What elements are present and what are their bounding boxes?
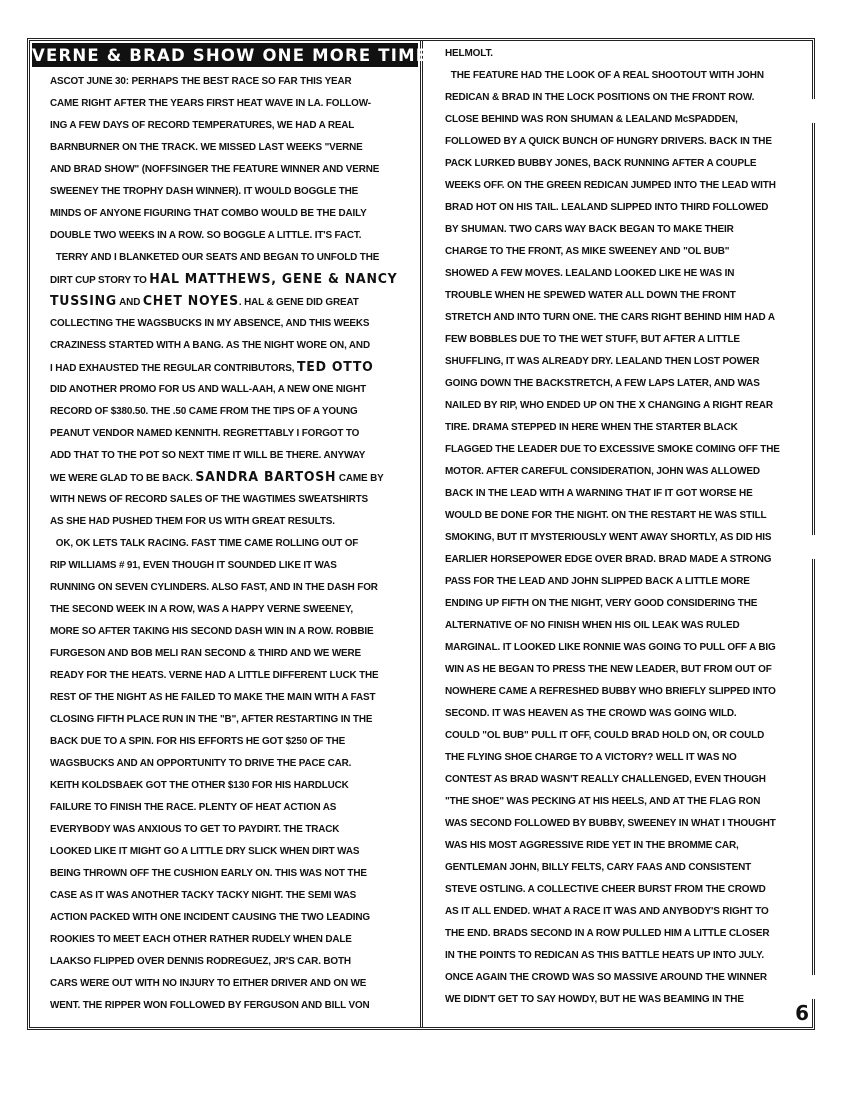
line-text: BY SHUMAN. TWO CARS WAY BACK BEGAN TO MA… (445, 224, 734, 235)
text-line: BACK IN THE LEAD WITH A WARNING THAT IF … (445, 483, 800, 505)
text-line: TERRY AND I BLANKETED OUR SEATS AND BEGA… (50, 247, 406, 269)
text-line: WE DIDN'T GET TO SAY HOWDY, BUT HE WAS B… (445, 989, 800, 1011)
text-line: CHARGE TO THE FRONT, AS MIKE SWEENEY AND… (445, 241, 800, 263)
line-text: CLOSING FIFTH PLACE RUN IN THE "B", AFTE… (50, 714, 372, 725)
text-line: COLLECTING THE WAGSBUCKS IN MY ABSENCE, … (50, 313, 406, 335)
text-line: BARNBURNER ON THE TRACK. WE MISSED LAST … (50, 137, 406, 159)
line-text: WOULD BE DONE FOR THE NIGHT. ON THE REST… (445, 510, 766, 521)
text-line: STRETCH AND INTO TURN ONE. THE CARS RIGH… (445, 307, 800, 329)
text-line: SMOKING, BUT IT MYSTERIOUSLY WENT AWAY S… (445, 527, 800, 549)
text-line: CRAZINESS STARTED WITH A BANG. AS THE NI… (50, 335, 406, 357)
line-text: STEVE OSTLING. A COLLECTIVE CHEER BURST … (445, 884, 766, 895)
highlighted-name: TUSSING (50, 294, 117, 309)
line-text: COLLECTING THE WAGSBUCKS IN MY ABSENCE, … (50, 318, 369, 329)
text-line: BEING THROWN OFF THE CUSHION EARLY ON. T… (50, 863, 406, 885)
text-line: ALTERNATIVE OF NO FINISH WHEN HIS OIL LE… (445, 615, 800, 637)
text-line: MOTOR. AFTER CAREFUL CONSIDERATION, JOHN… (445, 461, 800, 483)
line-text: BRAD HOT ON HIS TAIL. LEALAND SLIPPED IN… (445, 202, 768, 213)
line-text: BARNBURNER ON THE TRACK. WE MISSED LAST … (50, 142, 363, 153)
line-text: AND BRAD SHOW" (NOFFSINGER THE FEATURE W… (50, 164, 379, 175)
line-text: WE DIDN'T GET TO SAY HOWDY, BUT HE WAS B… (445, 994, 744, 1005)
text-line: NAILED BY RIP, WHO ENDED UP ON THE X CHA… (445, 395, 800, 417)
text-line: "THE SHOE" WAS PECKING AT HIS HEELS, AND… (445, 791, 800, 813)
highlighted-name: TED OTTO (297, 360, 374, 375)
line-text: SWEENEY THE TROPHY DASH WINNER). IT WOUL… (50, 186, 358, 197)
text-line: RUNNING ON SEVEN CYLINDERS. ALSO FAST, A… (50, 577, 406, 599)
line-text: LOOKED LIKE IT MIGHT GO A LITTLE DRY SLI… (50, 846, 359, 857)
text-line: CASE AS IT WAS ANOTHER TACKY TACKY NIGHT… (50, 885, 406, 907)
line-text: REST OF THE NIGHT AS HE FAILED TO MAKE T… (50, 692, 375, 703)
line-text: PEANUT VENDOR NAMED KENNITH. REGRETTABLY… (50, 428, 359, 439)
text-line: WAS HIS MOST AGGRESSIVE RIDE YET IN THE … (445, 835, 800, 857)
line-text: THE FLYING SHOE CHARGE TO A VICTORY? WEL… (445, 752, 737, 763)
article-title: VERNE & BRAD SHOW ONE MORE TIME (32, 43, 418, 67)
line-text: OK, OK LETS TALK RACING. FAST TIME CAME … (56, 538, 358, 549)
line-text: TROUBLE WHEN HE SPEWED WATER ALL DOWN TH… (445, 290, 736, 301)
line-text: THE FEATURE HAD THE LOOK OF A REAL SHOOT… (451, 70, 764, 81)
line-text: ING A FEW DAYS OF RECORD TEMPERATURES, W… (50, 120, 354, 131)
line-text: MINDS OF ANYONE FIGURING THAT COMBO WOUL… (50, 208, 367, 219)
line-text: RUNNING ON SEVEN CYLINDERS. ALSO FAST, A… (50, 582, 378, 593)
left-column: VERNE & BRAD SHOW ONE MORE TIME ASCOT JU… (30, 41, 423, 1027)
text-line: DIRT CUP STORY TO HAL MATTHEWS, GENE & N… (50, 269, 406, 291)
text-line: BY SHUMAN. TWO CARS WAY BACK BEGAN TO MA… (445, 219, 800, 241)
text-line: AS IT ALL ENDED. WHAT A RACE IT WAS AND … (445, 901, 800, 923)
line-text: CRAZINESS STARTED WITH A BANG. AS THE NI… (50, 340, 370, 351)
line-text: AS IT ALL ENDED. WHAT A RACE IT WAS AND … (445, 906, 769, 917)
line-text: CAME BY (336, 473, 383, 484)
text-line: KEITH KOLDSBAEK GOT THE OTHER $130 FOR H… (50, 775, 406, 797)
line-text: CAME RIGHT AFTER THE YEARS FIRST HEAT WA… (50, 98, 371, 109)
text-line: PASS FOR THE LEAD AND JOHN SLIPPED BACK … (445, 571, 800, 593)
text-line: TROUBLE WHEN HE SPEWED WATER ALL DOWN TH… (445, 285, 800, 307)
text-line: GENTLEMAN JOHN, BILLY FELTS, CARY FAAS A… (445, 857, 800, 879)
line-text: ROOKIES TO MEET EACH OTHER RATHER RUDELY… (50, 934, 352, 945)
text-line: REST OF THE NIGHT AS HE FAILED TO MAKE T… (50, 687, 406, 709)
text-line: AND BRAD SHOW" (NOFFSINGER THE FEATURE W… (50, 159, 406, 181)
text-line: FEW BOBBLES DUE TO THE WET STUFF, BUT AF… (445, 329, 800, 351)
text-line: WITH NEWS OF RECORD SALES OF THE WAGTIME… (50, 489, 406, 511)
line-text: IN THE POINTS TO REDICAN AS THIS BATTLE … (445, 950, 764, 961)
text-line: ONCE AGAIN THE CROWD WAS SO MASSIVE AROU… (445, 967, 800, 989)
text-line: TIRE. DRAMA STEPPED IN HERE WHEN THE STA… (445, 417, 800, 439)
hole-punch-notch (806, 99, 820, 123)
line-text: FOLLOWED BY A QUICK BUNCH OF HUNGRY DRIV… (445, 136, 772, 147)
text-line: THE FEATURE HAD THE LOOK OF A REAL SHOOT… (445, 65, 800, 87)
hole-punch-notch (806, 535, 820, 559)
text-line: AS SHE HAD PUSHED THEM FOR US WITH GREAT… (50, 511, 406, 533)
line-text: WENT. THE RIPPER WON FOLLOWED BY FERGUSO… (50, 1000, 370, 1011)
line-text: BACK DUE TO A SPIN. FOR HIS EFFORTS HE G… (50, 736, 345, 747)
right-column-text: HELMOLT.THE FEATURE HAD THE LOOK OF A RE… (423, 41, 812, 1011)
line-text: SHOWED A FEW MOVES. LEALAND LOOKED LIKE … (445, 268, 734, 279)
text-line: RECORD OF $380.50. THE .50 CAME FROM THE… (50, 401, 406, 423)
text-line: WAGSBUCKS AND AN OPPORTUNITY TO DRIVE TH… (50, 753, 406, 775)
text-line: WOULD BE DONE FOR THE NIGHT. ON THE REST… (445, 505, 800, 527)
line-text: READY FOR THE HEATS. VERNE HAD A LITTLE … (50, 670, 378, 681)
text-line: STEVE OSTLING. A COLLECTIVE CHEER BURST … (445, 879, 800, 901)
line-text: ONCE AGAIN THE CROWD WAS SO MASSIVE AROU… (445, 972, 767, 983)
text-line: ADD THAT TO THE POT SO NEXT TIME IT WILL… (50, 445, 406, 467)
text-line: THE END. BRADS SECOND IN A ROW PULLED HI… (445, 923, 800, 945)
line-text: THE SECOND WEEK IN A ROW, WAS A HAPPY VE… (50, 604, 353, 615)
line-text: . HAL & GENE DID GREAT (239, 297, 359, 308)
line-text: BACK IN THE LEAD WITH A WARNING THAT IF … (445, 488, 753, 499)
text-line: ACTION PACKED WITH ONE INCIDENT CAUSING … (50, 907, 406, 929)
line-text: RIP WILLIAMS # 91, EVEN THOUGH IT SOUNDE… (50, 560, 337, 571)
text-line: IN THE POINTS TO REDICAN AS THIS BATTLE … (445, 945, 800, 967)
line-text: DID ANOTHER PROMO FOR US AND WALL-AAH, A… (50, 384, 366, 395)
text-line: CONTEST AS BRAD WASN'T REALLY CHALLENGED… (445, 769, 800, 791)
text-line: CAME RIGHT AFTER THE YEARS FIRST HEAT WA… (50, 93, 406, 115)
text-line: ING A FEW DAYS OF RECORD TEMPERATURES, W… (50, 115, 406, 137)
right-column: HELMOLT.THE FEATURE HAD THE LOOK OF A RE… (423, 41, 812, 1027)
text-line: GOING DOWN THE BACKSTRETCH, A FEW LAPS L… (445, 373, 800, 395)
line-text: DOUBLE TWO WEEKS IN A ROW. SO BOGGLE A L… (50, 230, 361, 241)
line-text: THE END. BRADS SECOND IN A ROW PULLED HI… (445, 928, 769, 939)
line-text: GOING DOWN THE BACKSTRETCH, A FEW LAPS L… (445, 378, 760, 389)
line-text: ALTERNATIVE OF NO FINISH WHEN HIS OIL LE… (445, 620, 740, 631)
text-line: FAILURE TO FINISH THE RACE. PLENTY OF HE… (50, 797, 406, 819)
text-line: WIN AS HE BEGAN TO PRESS THE NEW LEADER,… (445, 659, 800, 681)
highlighted-name: CHET NOYES (143, 294, 239, 309)
line-text: DIRT CUP STORY TO (50, 275, 149, 286)
text-line: CARS WERE OUT WITH NO INJURY TO EITHER D… (50, 973, 406, 995)
text-line: THE SECOND WEEK IN A ROW, WAS A HAPPY VE… (50, 599, 406, 621)
text-line: MORE SO AFTER TAKING HIS SECOND DASH WIN… (50, 621, 406, 643)
text-line: ENDING UP FIFTH ON THE NIGHT, VERY GOOD … (445, 593, 800, 615)
text-line: WENT. THE RIPPER WON FOLLOWED BY FERGUSO… (50, 995, 406, 1017)
text-line: REDICAN & BRAD IN THE LOCK POSITIONS ON … (445, 87, 800, 109)
text-line: READY FOR THE HEATS. VERNE HAD A LITTLE … (50, 665, 406, 687)
text-line: ASCOT JUNE 30: PERHAPS THE BEST RACE SO … (50, 71, 406, 93)
line-text: I HAD EXHAUSTED THE REGULAR CONTRIBUTORS… (50, 363, 297, 374)
text-line: SHUFFLING, IT WAS ALREADY DRY. LEALAND T… (445, 351, 800, 373)
line-text: ASCOT JUNE 30: PERHAPS THE BEST RACE SO … (50, 76, 352, 87)
text-line: LAAKSO FLIPPED OVER DENNIS RODREGUEZ, JR… (50, 951, 406, 973)
line-text: ADD THAT TO THE POT SO NEXT TIME IT WILL… (50, 450, 365, 461)
text-line: SHOWED A FEW MOVES. LEALAND LOOKED LIKE … (445, 263, 800, 285)
line-text: AND (117, 297, 143, 308)
line-text: CARS WERE OUT WITH NO INJURY TO EITHER D… (50, 978, 366, 989)
line-text: AS SHE HAD PUSHED THEM FOR US WITH GREAT… (50, 516, 335, 527)
text-line: WAS SECOND FOLLOWED BY BUBBY, SWEENEY IN… (445, 813, 800, 835)
highlighted-name: HAL MATTHEWS, GENE & NANCY (149, 272, 397, 287)
line-text: CLOSE BEHIND WAS RON SHUMAN & LEALAND Mc… (445, 114, 738, 125)
line-text: RECORD OF $380.50. THE .50 CAME FROM THE… (50, 406, 358, 417)
text-line: EARLIER HORSEPOWER EDGE OVER BRAD. BRAD … (445, 549, 800, 571)
text-line: SECOND. IT WAS HEAVEN AS THE CROWD WAS G… (445, 703, 800, 725)
line-text: NAILED BY RIP, WHO ENDED UP ON THE X CHA… (445, 400, 773, 411)
line-text: CHARGE TO THE FRONT, AS MIKE SWEENEY AND… (445, 246, 729, 257)
text-line: DOUBLE TWO WEEKS IN A ROW. SO BOGGLE A L… (50, 225, 406, 247)
line-text: KEITH KOLDSBAEK GOT THE OTHER $130 FOR H… (50, 780, 349, 791)
line-text: SECOND. IT WAS HEAVEN AS THE CROWD WAS G… (445, 708, 737, 719)
line-text: FURGESON AND BOB MELI RAN SECOND & THIRD… (50, 648, 361, 659)
text-line: SWEENEY THE TROPHY DASH WINNER). IT WOUL… (50, 181, 406, 203)
line-text: LAAKSO FLIPPED OVER DENNIS RODREGUEZ, JR… (50, 956, 351, 967)
text-line: I HAD EXHAUSTED THE REGULAR CONTRIBUTORS… (50, 357, 406, 379)
text-line: COULD "OL BUB" PULL IT OFF, COULD BRAD H… (445, 725, 800, 747)
line-text: WIN AS HE BEGAN TO PRESS THE NEW LEADER,… (445, 664, 772, 675)
text-line: FOLLOWED BY A QUICK BUNCH OF HUNGRY DRIV… (445, 131, 800, 153)
line-text: CONTEST AS BRAD WASN'T REALLY CHALLENGED… (445, 774, 766, 785)
text-line: ROOKIES TO MEET EACH OTHER RATHER RUDELY… (50, 929, 406, 951)
text-line: NOWHERE CAME A REFRESHED BUBBY WHO BRIEF… (445, 681, 800, 703)
text-line: LOOKED LIKE IT MIGHT GO A LITTLE DRY SLI… (50, 841, 406, 863)
page-number: 6 (795, 1003, 809, 1023)
text-line: MARGINAL. IT LOOKED LIKE RONNIE WAS GOIN… (445, 637, 800, 659)
text-line: DID ANOTHER PROMO FOR US AND WALL-AAH, A… (50, 379, 406, 401)
line-text: ENDING UP FIFTH ON THE NIGHT, VERY GOOD … (445, 598, 757, 609)
line-text: SMOKING, BUT IT MYSTERIOUSLY WENT AWAY S… (445, 532, 771, 543)
line-text: WE WERE GLAD TO BE BACK. (50, 473, 195, 484)
line-text: ACTION PACKED WITH ONE INCIDENT CAUSING … (50, 912, 370, 923)
line-text: TIRE. DRAMA STEPPED IN HERE WHEN THE STA… (445, 422, 738, 433)
line-text: WAS SECOND FOLLOWED BY BUBBY, SWEENEY IN… (445, 818, 776, 829)
text-line: CLOSE BEHIND WAS RON SHUMAN & LEALAND Mc… (445, 109, 800, 131)
line-text: PASS FOR THE LEAD AND JOHN SLIPPED BACK … (445, 576, 750, 587)
highlighted-name: SANDRA BARTOSH (195, 470, 336, 485)
line-text: PACK LURKED BUBBY JONES, BACK RUNNING AF… (445, 158, 756, 169)
text-line: MINDS OF ANYONE FIGURING THAT COMBO WOUL… (50, 203, 406, 225)
line-text: FEW BOBBLES DUE TO THE WET STUFF, BUT AF… (445, 334, 740, 345)
line-text: FLAGGED THE LEADER DUE TO EXCESSIVE SMOK… (445, 444, 780, 455)
line-text: WITH NEWS OF RECORD SALES OF THE WAGTIME… (50, 494, 368, 505)
text-line: FLAGGED THE LEADER DUE TO EXCESSIVE SMOK… (445, 439, 800, 461)
text-line: FURGESON AND BOB MELI RAN SECOND & THIRD… (50, 643, 406, 665)
line-text: MORE SO AFTER TAKING HIS SECOND DASH WIN… (50, 626, 373, 637)
line-text: NOWHERE CAME A REFRESHED BUBBY WHO BRIEF… (445, 686, 776, 697)
text-line: WEEKS OFF. ON THE GREEN REDICAN JUMPED I… (445, 175, 800, 197)
text-line: PACK LURKED BUBBY JONES, BACK RUNNING AF… (445, 153, 800, 175)
line-text: GENTLEMAN JOHN, BILLY FELTS, CARY FAAS A… (445, 862, 751, 873)
text-line: BRAD HOT ON HIS TAIL. LEALAND SLIPPED IN… (445, 197, 800, 219)
article-frame: VERNE & BRAD SHOW ONE MORE TIME ASCOT JU… (27, 38, 815, 1030)
text-line: CLOSING FIFTH PLACE RUN IN THE "B", AFTE… (50, 709, 406, 731)
line-text: WAGSBUCKS AND AN OPPORTUNITY TO DRIVE TH… (50, 758, 351, 769)
line-text: WEEKS OFF. ON THE GREEN REDICAN JUMPED I… (445, 180, 776, 191)
line-text: TERRY AND I BLANKETED OUR SEATS AND BEGA… (56, 252, 379, 263)
line-text: MOTOR. AFTER CAREFUL CONSIDERATION, JOHN… (445, 466, 760, 477)
line-text: WAS HIS MOST AGGRESSIVE RIDE YET IN THE … (445, 840, 739, 851)
line-text: SHUFFLING, IT WAS ALREADY DRY. LEALAND T… (445, 356, 759, 367)
line-text: CASE AS IT WAS ANOTHER TACKY TACKY NIGHT… (50, 890, 356, 901)
line-text: FAILURE TO FINISH THE RACE. PLENTY OF HE… (50, 802, 336, 813)
line-text: REDICAN & BRAD IN THE LOCK POSITIONS ON … (445, 92, 754, 103)
line-text: MARGINAL. IT LOOKED LIKE RONNIE WAS GOIN… (445, 642, 776, 653)
line-text: COULD "OL BUB" PULL IT OFF, COULD BRAD H… (445, 730, 764, 741)
left-column-text: ASCOT JUNE 30: PERHAPS THE BEST RACE SO … (30, 67, 420, 1017)
line-text: HELMOLT. (445, 48, 493, 59)
line-text: EARLIER HORSEPOWER EDGE OVER BRAD. BRAD … (445, 554, 771, 565)
text-line: TUSSING AND CHET NOYES. HAL & GENE DID G… (50, 291, 406, 313)
line-text: STRETCH AND INTO TURN ONE. THE CARS RIGH… (445, 312, 775, 323)
text-line: RIP WILLIAMS # 91, EVEN THOUGH IT SOUNDE… (50, 555, 406, 577)
line-text: "THE SHOE" WAS PECKING AT HIS HEELS, AND… (445, 796, 760, 807)
text-line: PEANUT VENDOR NAMED KENNITH. REGRETTABLY… (50, 423, 406, 445)
text-line: THE FLYING SHOE CHARGE TO A VICTORY? WEL… (445, 747, 800, 769)
text-line: HELMOLT. (445, 43, 800, 65)
text-line: BACK DUE TO A SPIN. FOR HIS EFFORTS HE G… (50, 731, 406, 753)
line-text: BEING THROWN OFF THE CUSHION EARLY ON. T… (50, 868, 367, 879)
text-line: WE WERE GLAD TO BE BACK. SANDRA BARTOSH … (50, 467, 406, 489)
text-line: OK, OK LETS TALK RACING. FAST TIME CAME … (50, 533, 406, 555)
text-line: EVERYBODY WAS ANXIOUS TO GET TO PAYDIRT.… (50, 819, 406, 841)
hole-punch-notch (806, 975, 820, 999)
line-text: EVERYBODY WAS ANXIOUS TO GET TO PAYDIRT.… (50, 824, 339, 835)
